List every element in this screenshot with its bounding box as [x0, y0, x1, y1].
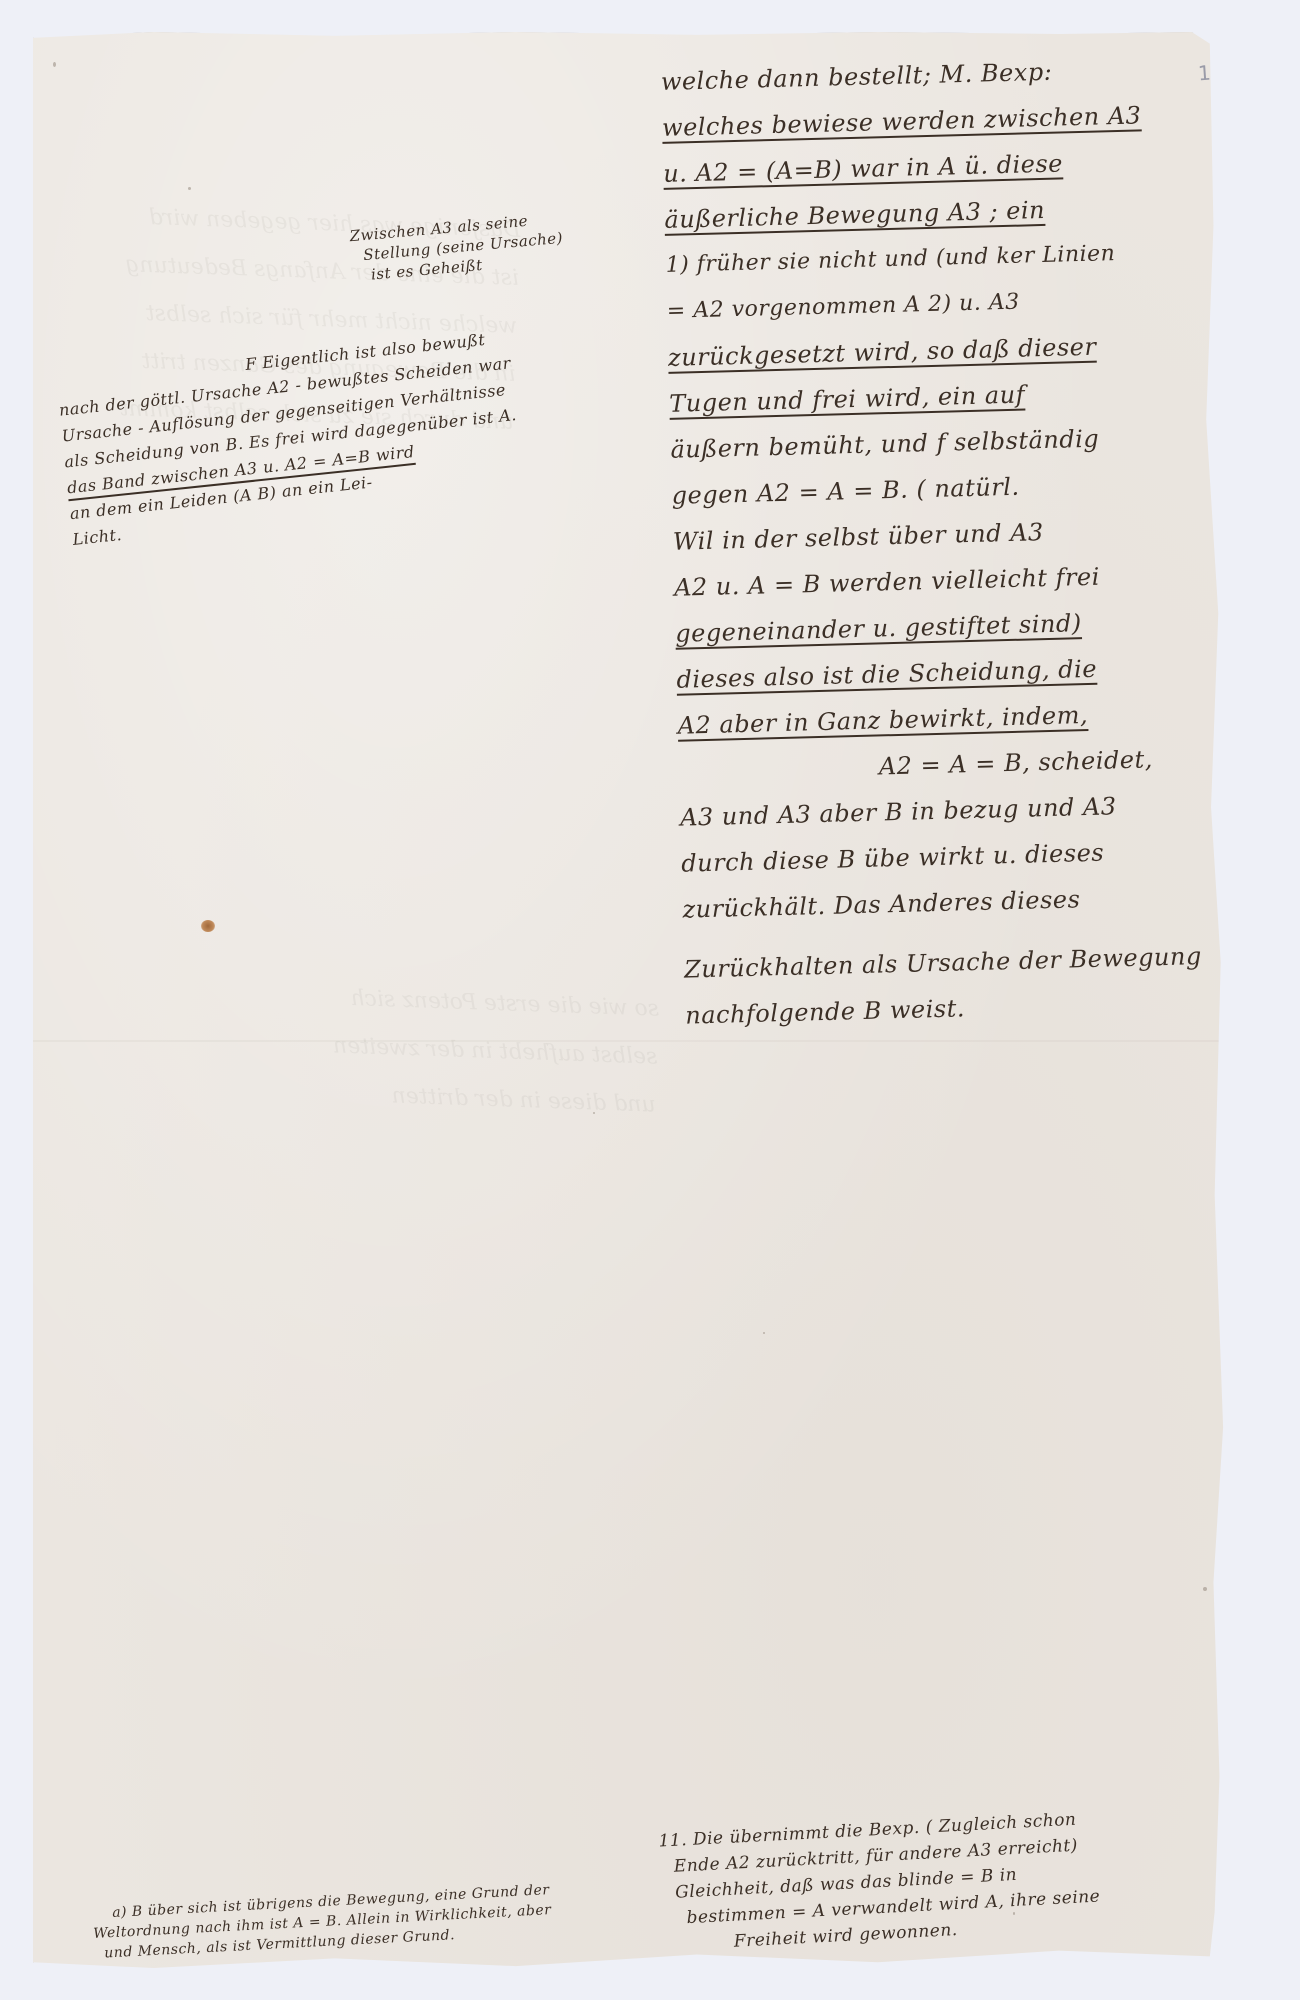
- paper-speck: [1013, 1912, 1015, 1915]
- ink-stain: [201, 920, 215, 932]
- manuscript-page: Dasjenige was hier gegeben wird ist die …: [33, 32, 1240, 1970]
- right-column-text: welche dann bestellt; M. Bexp: welches b…: [660, 45, 1203, 1038]
- paper-speck: [1203, 1587, 1207, 1591]
- paper-speck: [53, 62, 56, 67]
- paper-speck: [763, 1332, 765, 1334]
- bottom-right-note: 11. Die übernimmt die Bexp. ( Zugleich s…: [658, 1806, 1102, 1959]
- paper-speck: [593, 1112, 595, 1114]
- bleed-through-text: so wie die erste Potenz sich selbst aufh…: [329, 926, 662, 1177]
- paper-speck: [188, 187, 191, 190]
- bottom-left-note: a) B über sich ist übrigens die Bewegung…: [92, 1880, 553, 1964]
- folio-number: 106: [1197, 59, 1237, 86]
